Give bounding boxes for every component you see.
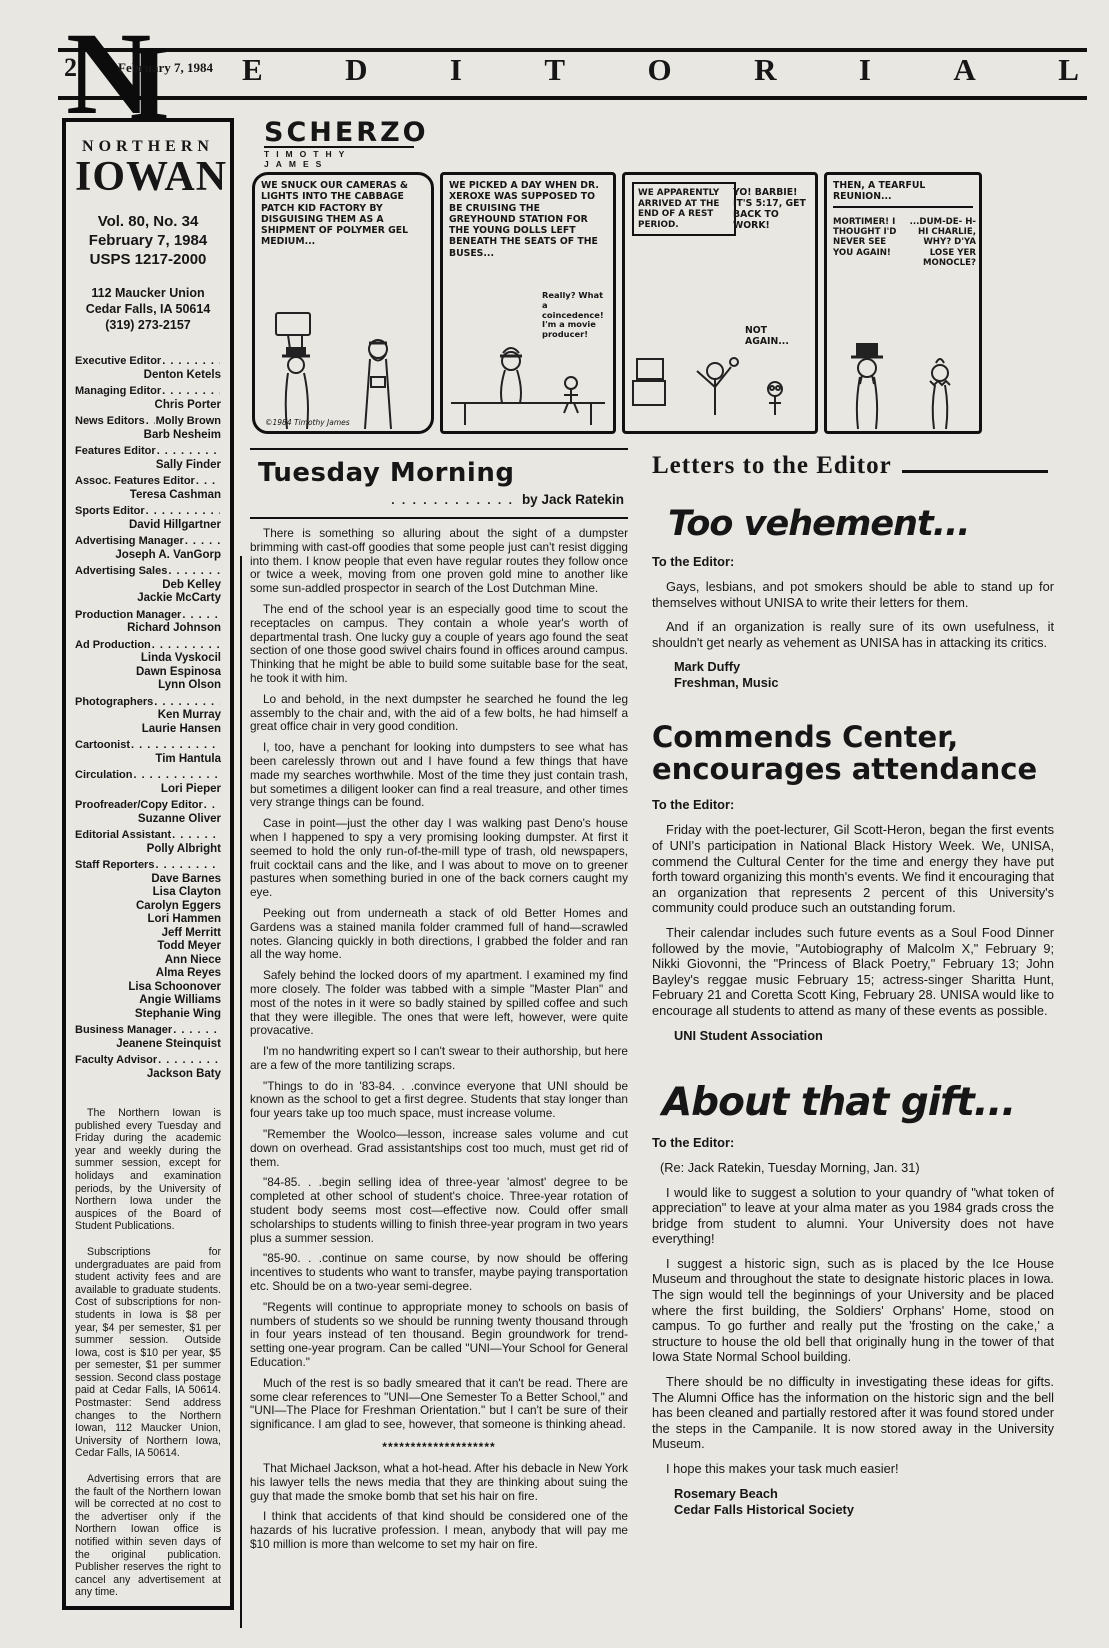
letter-paragraphs: I would like to suggest a solution to yo… [652, 1185, 1054, 1477]
staff-names: Chris Porter [75, 399, 221, 413]
article-paragraph: I think that accidents of that kind shou… [250, 1510, 628, 1551]
staff-name: Laurie Hansen [75, 723, 221, 737]
column-paragraphs: There is something so alluring about the… [250, 527, 628, 1432]
staff-role: Editorial Assistant [75, 829, 171, 843]
column-rule [240, 556, 242, 1628]
letter-too-vehement: Too vehement... To the Editor: Gays, les… [652, 504, 1054, 691]
staff-entry: Sports Editor David Hillgartner [75, 505, 221, 532]
staff-name: Lori Pieper [75, 783, 221, 797]
comic-art-panel-2 [443, 311, 613, 431]
masthead-name-bottom: IOWAN [75, 156, 221, 198]
staff-name: Carolyn Eggers [75, 900, 221, 914]
dot-leader [185, 535, 220, 549]
masthead-date: February 7, 1984 [75, 231, 221, 250]
section-title-letter: L [1058, 52, 1079, 88]
signature-line: Freshman, Music [674, 675, 1054, 691]
staff-role: Photographers [75, 696, 153, 710]
comic-panel-4: THEN, A TEARFUL REUNION... MORTIMER! I T… [824, 172, 982, 434]
letters-column: Letters to the Editor Too vehement... To… [652, 452, 1054, 1518]
article-paragraph: Peeking out from underneath a stack of o… [250, 907, 628, 962]
comic-art-panel-3 [625, 311, 815, 431]
staff-name: Sally Finder [75, 459, 221, 473]
staff-name: Linda Vyskocil [75, 652, 221, 666]
fine-print-paragraph: Advertising errors that are the fault of… [75, 1473, 221, 1599]
staff-name: Alma Reyes [75, 967, 221, 981]
staff-name: Angie Williams [75, 994, 221, 1008]
section-title-letter: I [859, 52, 871, 88]
staff-names: Suzanne Oliver [75, 813, 221, 827]
letter-paragraph: Friday with the poet-lecturer, Gil Scott… [652, 822, 1054, 916]
article-paragraph: I'm no handwriting expert so I can't swe… [250, 1045, 628, 1073]
staff-role: Faculty Advisor [75, 1054, 157, 1068]
dot-leader [154, 696, 220, 710]
staff-entry: Advertising Sales Deb KelleyJackie McCar… [75, 565, 221, 606]
comic-speech: ...DUM-DE- H-HI CHARLIE, WHY? D'YA LOSE … [904, 217, 976, 268]
header-rule-bottom [58, 96, 1087, 100]
staff-name: Dawn Espinosa [75, 666, 221, 680]
staff-entry: Cartoonist Tim Hantula [75, 739, 221, 766]
staff-role: Assoc. Features Editor [75, 475, 195, 489]
page-number: 2 [64, 53, 77, 83]
article-paragraph: I, too, have a penchant for looking into… [250, 741, 628, 810]
article-paragraph: "Remember the Woolco—lesson, increase sa… [250, 1128, 628, 1169]
section-title-letter: R [754, 52, 776, 88]
letter-paragraph: Their calendar includes such future even… [652, 925, 1054, 1019]
article-paragraph: "Things to do in '83-84. . .convince eve… [250, 1080, 628, 1121]
tuesday-morning-column: Tuesday Morning . . . . . . . . . . . . … [250, 448, 628, 1559]
staff-names: Teresa Cashman [75, 489, 221, 503]
fine-print-paragraph: Subscriptions for undergraduates are pai… [75, 1246, 221, 1460]
staff-entry: Features Editor Sally Finder [75, 445, 221, 472]
column-title: Tuesday Morning [258, 458, 628, 488]
letter-salutation: To the Editor: [652, 1135, 1054, 1150]
dot-leader [158, 1054, 220, 1068]
letter-paragraph: And if an organization is really sure of… [652, 619, 1054, 650]
staff-role: Cartoonist [75, 739, 130, 753]
staff-names: Joseph A. VanGorp [75, 549, 221, 563]
article-paragraph: Lo and behold, in the next dumpster he s… [250, 693, 628, 734]
staff-entry: Ad Production Linda VyskocilDawn Espinos… [75, 639, 221, 693]
staff-names: Linda VyskocilDawn EspinosaLynn Olson [75, 652, 221, 693]
masthead-usps: USPS 1217-2000 [75, 250, 221, 269]
section-title-letter: I [450, 52, 462, 88]
staff-names: Barb Nesheim [75, 429, 221, 443]
comic-caption: WE SNUCK OUR CAMERAS & LIGHTS INTO THE C… [261, 180, 425, 248]
article-paragraph: "85-90. . .continue on same course, by n… [250, 1252, 628, 1293]
staff-inline-name: Molly Brown [156, 415, 221, 429]
staff-name: Todd Meyer [75, 940, 221, 954]
letter-reference: (Re: Jack Ratekin, Tuesday Morning, Jan.… [660, 1160, 1054, 1175]
article-paragraph: The end of the school year is an especia… [250, 603, 628, 686]
letter-about-that-gift: About that gift... To the Editor: (Re: J… [652, 1080, 1054, 1518]
staff-names: Denton Ketels [75, 369, 221, 383]
staff-name: Polly Albright [75, 843, 221, 857]
letter-paragraph: I hope this makes your task much easier! [652, 1461, 1054, 1477]
staff-entry: Proofreader/Copy Editor Suzanne Oliver [75, 799, 221, 826]
staff-names: Richard Johnson [75, 622, 221, 636]
staff-names: Sally Finder [75, 459, 221, 473]
header-date: February 7, 1984 [118, 60, 213, 76]
article-paragraph: "84-85. . .begin selling idea of three-y… [250, 1176, 628, 1245]
letter-headline-line2: encourages attendance [652, 753, 1054, 785]
staff-entry: Staff Reporters Dave BarnesLisa ClaytonC… [75, 859, 221, 1021]
comic-panel-2: WE PICKED A DAY WHEN DR. XEROXE WAS SUPP… [440, 172, 616, 434]
staff-name: Lori Hammen [75, 913, 221, 927]
article-paragraph: Safely behind the locked doors of my apa… [250, 969, 628, 1038]
dot-leader [152, 639, 220, 653]
staff-name: Suzanne Oliver [75, 813, 221, 827]
section-title: EDITORIAL [242, 52, 1079, 88]
staff-name: Jackie McCarty [75, 592, 221, 606]
comic-title: SCHERZO [264, 120, 997, 146]
letter-signature: Rosemary BeachCedar Falls Historical Soc… [674, 1486, 1054, 1518]
staff-name: Tim Hantula [75, 753, 221, 767]
dot-leader [172, 829, 220, 843]
staff-names: Tim Hantula [75, 753, 221, 767]
letter-paragraphs: Gays, lesbians, and pot smokers should b… [652, 579, 1054, 650]
section-title-letter: D [345, 52, 367, 88]
staff-names: Ken MurrayLaurie Hansen [75, 709, 221, 736]
comic-copyright: ©1984 Timothy James [265, 418, 350, 427]
staff-names: Dave BarnesLisa ClaytonCarolyn EggersLor… [75, 873, 221, 1022]
masthead-phone: (319) 273-2157 [75, 317, 221, 333]
staff-name: Joseph A. VanGorp [75, 549, 221, 563]
staff-name: Ken Murray [75, 709, 221, 723]
staff-role: Proofreader/Copy Editor [75, 799, 203, 813]
letter-signature: Mark DuffyFreshman, Music [674, 659, 1054, 691]
masthead-address-2: Cedar Falls, IA 50614 [75, 301, 221, 317]
article-paragraph: Much of the rest is so badly smeared tha… [250, 1377, 628, 1432]
dot-leader [146, 505, 220, 519]
staff-list: Executive Editor Denton Ketels Managing … [75, 355, 221, 1081]
dot-leader [133, 769, 220, 783]
newspaper-page: 2 N I February 7, 1984 EDITORIAL NORTHER… [0, 0, 1109, 1648]
signature-line: Mark Duffy [674, 659, 1054, 675]
signature-line: Rosemary Beach [674, 1486, 1054, 1502]
article-paragraph: That Michael Jackson, what a hot-head. A… [250, 1462, 628, 1503]
letter-paragraph: There should be no difficulty in investi… [652, 1374, 1054, 1452]
staff-name: Chris Porter [75, 399, 221, 413]
masthead-sidebar: NORTHERN IOWAN Vol. 80, No. 34 February … [62, 118, 234, 1610]
staff-entry: Editorial Assistant Polly Albright [75, 829, 221, 856]
staff-names: Deb KelleyJackie McCarty [75, 579, 221, 606]
staff-role: Advertising Manager [75, 535, 184, 549]
staff-name: Ann Niece [75, 954, 221, 968]
staff-name: Jeff Merritt [75, 927, 221, 941]
section-title-letter: T [544, 52, 565, 88]
dot-leader [131, 739, 220, 753]
column-byline: by Jack Ratekin [522, 492, 624, 507]
letters-header-rule [902, 470, 1048, 473]
letter-signature: UNI Student Association [674, 1028, 1054, 1044]
article-paragraph: There is something so alluring about the… [250, 527, 628, 596]
staff-names: Lori Pieper [75, 783, 221, 797]
masthead-volume: Vol. 80, No. 34 [75, 212, 221, 231]
staff-role: Advertising Sales [75, 565, 167, 579]
comic-panel-3: WE APPARENTLY ARRIVED AT THE END OF A RE… [622, 172, 818, 434]
staff-role: News Editors [75, 415, 145, 429]
comic-speech: YO! BARBIE! IT'S 5:17, GET BACK TO WORK! [733, 187, 807, 231]
staff-name: Stephanie Wing [75, 1008, 221, 1022]
comic-caption: WE APPARENTLY ARRIVED AT THE END OF A RE… [632, 182, 736, 236]
staff-names: Jackson Baty [75, 1068, 221, 1082]
staff-name: David Hillgartner [75, 519, 221, 533]
staff-name: Jackson Baty [75, 1068, 221, 1082]
letter-paragraph: I suggest a historic sign, such as is pl… [652, 1256, 1054, 1365]
staff-name: Lynn Olson [75, 679, 221, 693]
staff-entry: Production Manager Richard Johnson [75, 609, 221, 636]
comic-panel-1: WE SNUCK OUR CAMERAS & LIGHTS INTO THE C… [252, 172, 434, 434]
staff-entry: Photographers Ken MurrayLaurie Hansen [75, 696, 221, 737]
staff-entry: Circulation Lori Pieper [75, 769, 221, 796]
signature-line: Cedar Falls Historical Society [674, 1502, 1054, 1518]
letter-paragraph: I would like to suggest a solution to yo… [652, 1185, 1054, 1247]
asterisk-divider: ******************** [250, 1440, 628, 1454]
staff-names: Jeanene Steinquist [75, 1038, 221, 1052]
staff-role: Features Editor [75, 445, 156, 459]
staff-name: Deb Kelley [75, 579, 221, 593]
staff-entry: Faculty Advisor Jackson Baty [75, 1054, 221, 1081]
staff-role: Ad Production [75, 639, 151, 653]
staff-name: Barb Nesheim [75, 429, 221, 443]
staff-name: Teresa Cashman [75, 489, 221, 503]
staff-names: David Hillgartner [75, 519, 221, 533]
staff-entry: Business Manager Jeanene Steinquist [75, 1024, 221, 1051]
staff-name: Dave Barnes [75, 873, 221, 887]
staff-name: Richard Johnson [75, 622, 221, 636]
dot-leader [168, 565, 220, 579]
letter-headline: About that gift... [662, 1080, 1054, 1125]
dot-leader [204, 799, 220, 813]
masthead-address-1: 112 Maucker Union [75, 285, 221, 301]
section-title-letter: A [953, 52, 975, 88]
staff-role: Production Manager [75, 609, 181, 623]
staff-entry: Managing Editor Chris Porter [75, 385, 221, 412]
article-paragraph: "Regents will continue to appropriate mo… [250, 1301, 628, 1370]
staff-name: Jeanene Steinquist [75, 1038, 221, 1052]
staff-role: Executive Editor [75, 355, 161, 369]
staff-entry: Advertising Manager Joseph A. VanGorp [75, 535, 221, 562]
staff-role: Managing Editor [75, 385, 161, 399]
staff-names: Polly Albright [75, 843, 221, 857]
section-title-letter: E [242, 52, 263, 88]
letters-header: Letters to the Editor [652, 452, 892, 480]
staff-entry: Executive Editor Denton Ketels [75, 355, 221, 382]
letter-headline: Too vehement... [668, 504, 1054, 544]
article-paragraph: Case in point—just the other day I was w… [250, 817, 628, 900]
letter-headline-line1: Commends Center, [652, 721, 1054, 753]
masthead-fine-print: The Northern Iowan is published every Tu… [75, 1107, 221, 1610]
column-paragraphs-after: That Michael Jackson, what a hot-head. A… [250, 1462, 628, 1552]
ni-logo: N I [66, 24, 196, 144]
staff-role: Staff Reporters [75, 859, 154, 873]
letter-salutation: To the Editor: [652, 554, 1054, 569]
staff-entry: News Editors Molly Brown Barb Nesheim [75, 415, 221, 442]
comic-speech: MORTIMER! I THOUGHT I'D NEVER SEE YOU AG… [833, 217, 897, 258]
staff-entry: Assoc. Features Editor Teresa Cashman [75, 475, 221, 502]
comic-caption: WE PICKED A DAY WHEN DR. XEROXE WAS SUPP… [449, 180, 607, 259]
comic-art-panel-4 [827, 311, 979, 431]
dot-leader [157, 445, 220, 459]
comic-strip: SCHERZO TIMOTHY JAMES WE SNUCK OUR CAMER… [252, 120, 997, 434]
fine-print-paragraph: The Northern Iowan is published every Tu… [75, 1107, 221, 1233]
dot-leader [196, 475, 220, 489]
letter-paragraphs: Friday with the poet-lecturer, Gil Scott… [652, 822, 1054, 1018]
letter-commends-center: Commends Center, encourages attendance T… [652, 721, 1054, 1043]
signature-line: UNI Student Association [674, 1028, 1054, 1044]
staff-role: Circulation [75, 769, 132, 783]
dot-leader [162, 385, 220, 399]
dot-leader [173, 1024, 220, 1038]
comic-author: TIMOTHY JAMES [264, 146, 414, 169]
letter-paragraph: Gays, lesbians, and pot smokers should b… [652, 579, 1054, 610]
section-title-letter: O [648, 52, 672, 88]
byline-dots: . . . . . . . . . . . . [391, 493, 514, 507]
dot-leader [146, 415, 155, 429]
staff-name: Lisa Schoonover [75, 981, 221, 995]
letter-salutation: To the Editor: [652, 797, 1054, 812]
dot-leader [155, 859, 220, 873]
staff-role: Sports Editor [75, 505, 145, 519]
staff-role: Business Manager [75, 1024, 172, 1038]
dot-leader [182, 609, 220, 623]
dot-leader [162, 355, 220, 369]
ni-logo-i: I [128, 36, 170, 132]
staff-name: Denton Ketels [75, 369, 221, 383]
staff-name: Lisa Clayton [75, 886, 221, 900]
comic-art-panel-1 [255, 311, 431, 431]
comic-caption: THEN, A TEARFUL REUNION... [833, 180, 973, 208]
